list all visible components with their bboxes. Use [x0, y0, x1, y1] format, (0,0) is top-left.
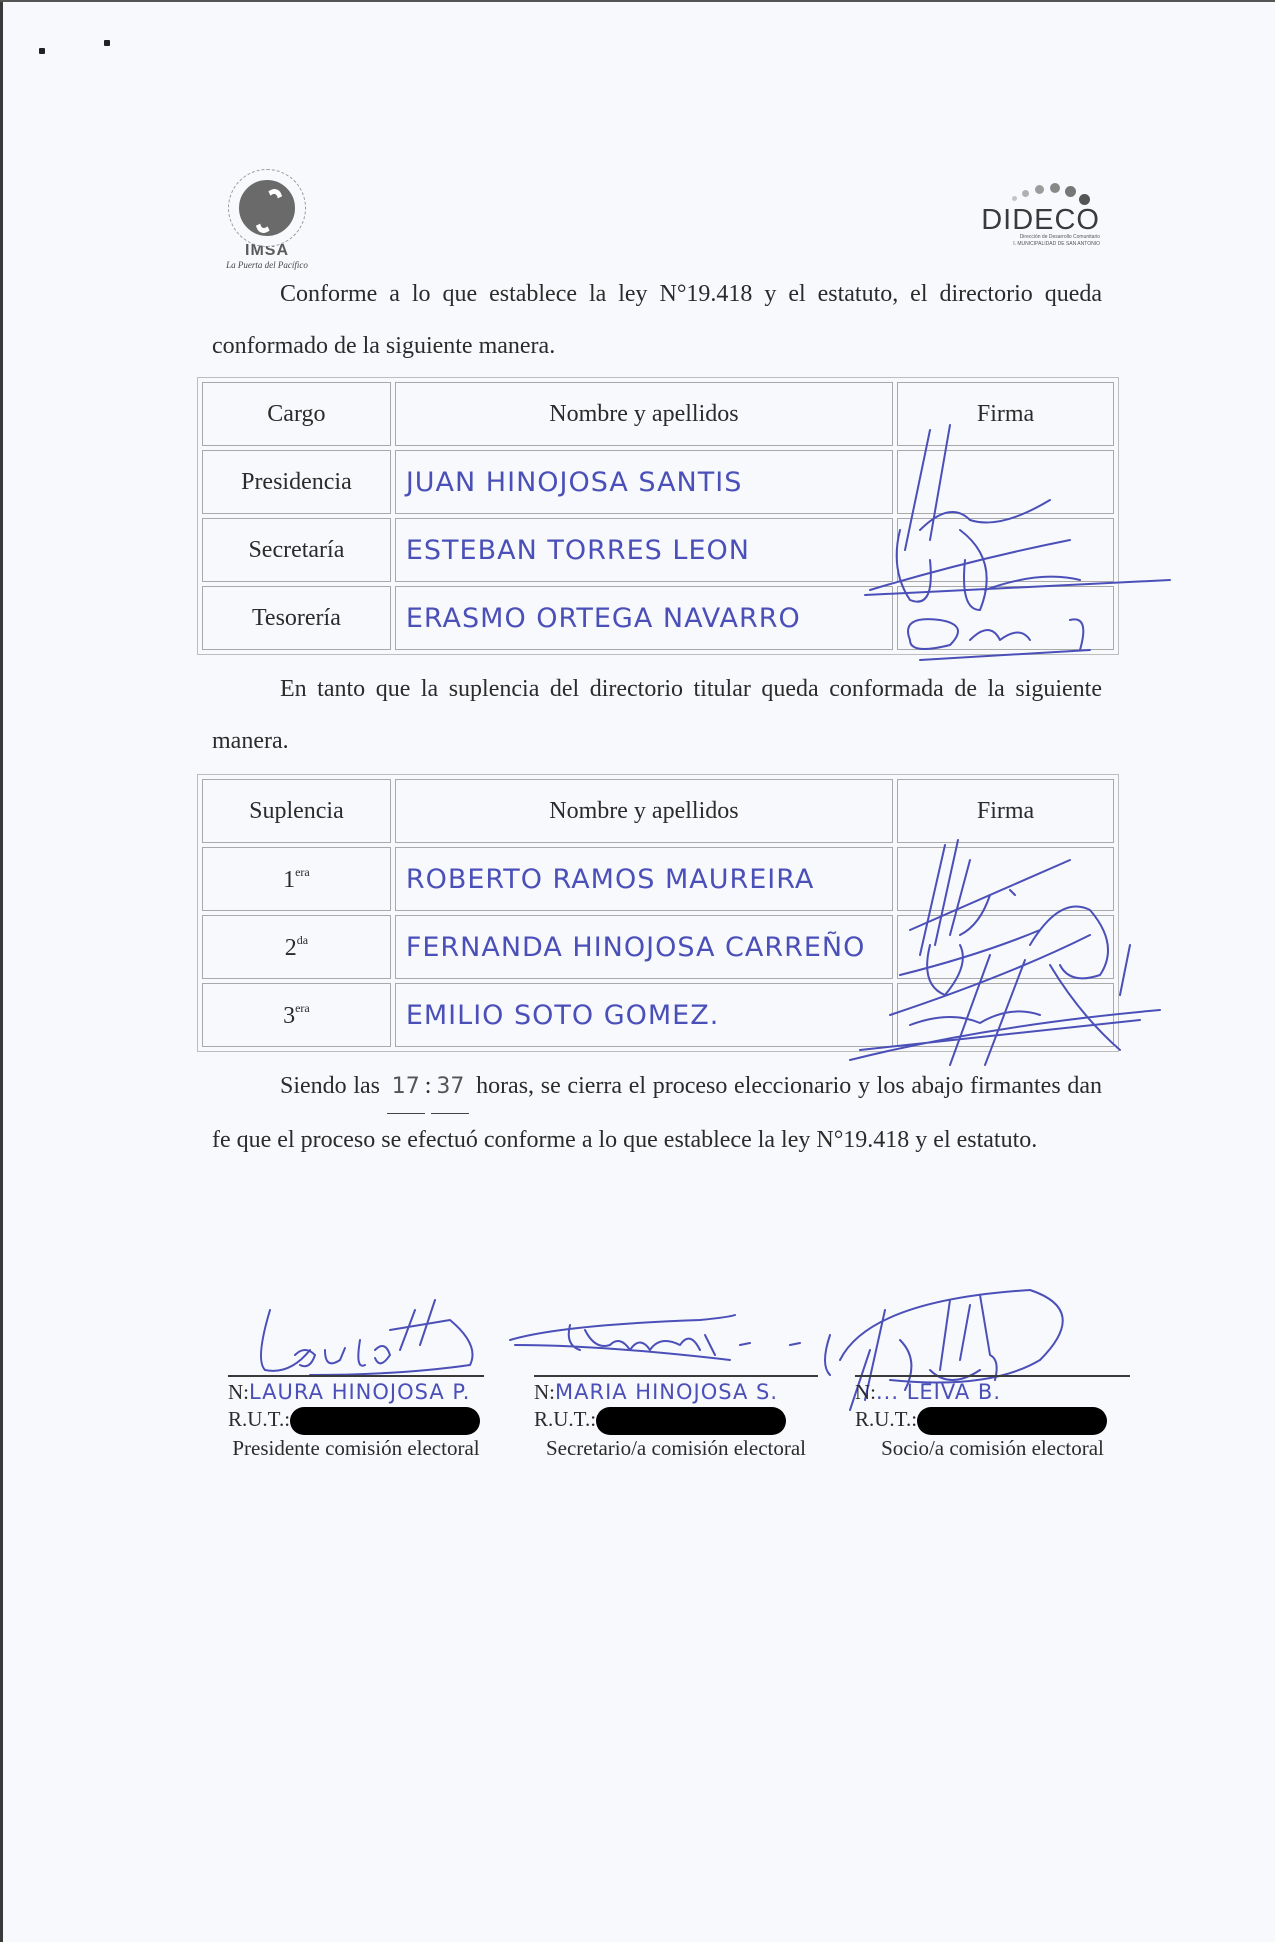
header-suplencia: Suplencia — [202, 779, 391, 843]
header-cargo: Cargo — [202, 382, 391, 446]
signer-name: LAURA HINOJOSA P. — [249, 1380, 470, 1404]
suplencia-number-cell: 1era — [202, 847, 391, 911]
signer-name: MARIA HINOJOSA S. — [555, 1380, 778, 1404]
intro-text: Conforme a lo que establece la ley N°19.… — [212, 281, 1102, 359]
rut-label: R.U.T.: — [855, 1407, 917, 1431]
cargo-cell: Tesorería — [202, 586, 391, 650]
dideco-logo-name: DIDECO — [975, 206, 1100, 234]
scan-speck — [104, 40, 110, 46]
name-label: N: — [228, 1380, 249, 1404]
signature-line — [228, 1375, 484, 1377]
dideco-logo: DIDECO Dirección de Desarrollo Comunitar… — [975, 180, 1100, 248]
rut-label: R.U.T.: — [534, 1407, 596, 1431]
header-nombre: Nombre y apellidos — [395, 382, 893, 446]
header-firma: Firma — [897, 779, 1114, 843]
signer-role: Secretario/a comisión electoral — [534, 1435, 818, 1462]
suplencia-text: En tanto que la suplencia del directorio… — [212, 676, 1102, 754]
suplencia-number-cell: 2da — [202, 915, 391, 979]
rut-label: R.U.T.: — [228, 1407, 290, 1431]
nombre-cell: ROBERTO RAMOS MAUREIRA — [395, 847, 893, 911]
closing-text-start: Siendo las — [280, 1073, 380, 1099]
name-label: N: — [534, 1380, 555, 1404]
rut-redaction — [596, 1407, 786, 1435]
signer-role: Presidente comisión electoral — [228, 1435, 484, 1462]
scan-edge-top — [0, 0, 1275, 2]
nombre-cell: JUAN HINOJOSA SANTIS — [395, 450, 893, 514]
rut-redaction — [917, 1407, 1107, 1435]
suplencia-paragraph: En tanto que la suplencia del directorio… — [212, 663, 1102, 767]
dideco-dots-icon — [975, 180, 1100, 206]
time-hour-field: 17 — [387, 1061, 425, 1114]
closing-paragraph: Siendo las 17:37 horas, se cierra el pro… — [212, 1060, 1102, 1166]
header-nombre: Nombre y apellidos — [395, 779, 893, 843]
dideco-sub-2: I. MUNICIPALIDAD DE SAN ANTONIO — [975, 241, 1100, 248]
imsa-emblem-icon — [229, 170, 305, 246]
signature-line — [855, 1375, 1130, 1377]
signer-role: Socio/a comisión electoral — [855, 1435, 1130, 1462]
suplencia-number-cell: 3era — [202, 983, 391, 1047]
time-minute-field: 37 — [431, 1061, 469, 1114]
intro-paragraph: Conforme a lo que establece la ley N°19.… — [212, 268, 1102, 372]
scan-speck — [39, 48, 45, 54]
nombre-cell: FERNANDA HINOJOSA CARREÑO — [395, 915, 893, 979]
name-label: N: — [855, 1380, 876, 1404]
signer-name: ... LEIVA B. — [876, 1380, 1001, 1404]
signature-line — [534, 1375, 818, 1377]
signer-secretario: N:MARIA HINOJOSA S. R.U.T.: Secretario/a… — [534, 1375, 818, 1462]
imsa-logo: IMSA La Puerta del Pacífico — [212, 160, 322, 270]
nombre-cell: ERASMO ORTEGA NAVARRO — [395, 586, 893, 650]
scan-edge — [0, 0, 3, 1942]
signature-secretario-comision — [500, 1305, 840, 1385]
signature-presidente-comision — [250, 1290, 490, 1380]
signature-suplencia — [890, 835, 1210, 1085]
cargo-cell: Presidencia — [202, 450, 391, 514]
nombre-cell: EMILIO SOTO GOMEZ. — [395, 983, 893, 1047]
signature-presidencia — [890, 410, 1190, 670]
signer-socio: N:... LEIVA B. R.U.T.: Socio/a comisión … — [855, 1375, 1130, 1462]
cargo-cell: Secretaría — [202, 518, 391, 582]
rut-redaction — [290, 1407, 480, 1435]
table-header-row: Suplencia Nombre y apellidos Firma — [202, 779, 1114, 843]
signer-presidente: N:LAURA HINOJOSA P. R.U.T.: Presidente c… — [228, 1375, 484, 1462]
nombre-cell: ESTEBAN TORRES LEON — [395, 518, 893, 582]
